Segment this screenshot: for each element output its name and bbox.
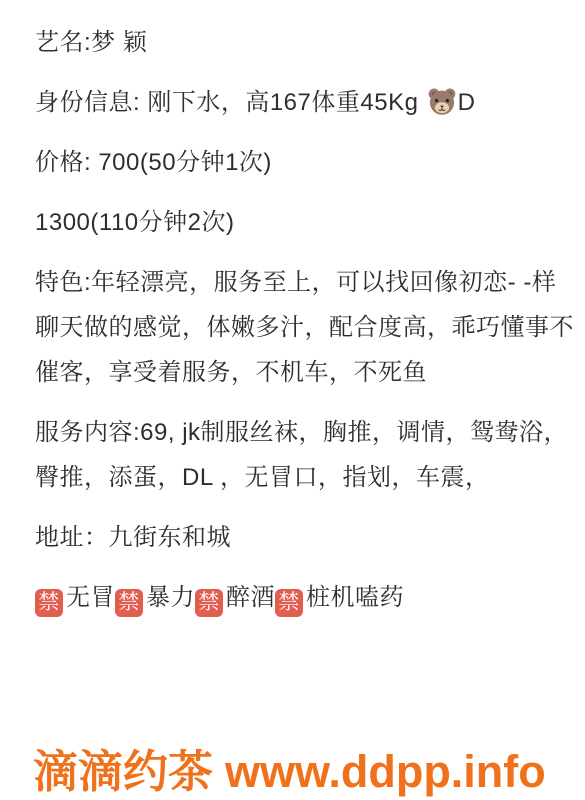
identity-line: 身份信息: 刚下水，高167体重45Kg D (35, 80, 565, 125)
services-line: 臀推，添蛋，DL ，无冒口，指划，车震， (35, 455, 565, 500)
restriction-text: 暴力 (146, 584, 195, 611)
prohibited-icon: 禁 (35, 589, 63, 617)
services-line: 服务内容:69, jk制服丝袜，胸推，调情，鸳鸯浴， (35, 410, 565, 455)
restriction-text: 桩机嗑药 (306, 584, 404, 611)
restriction-item: 禁醉酒 (195, 575, 275, 620)
restriction-item: 禁暴力 (115, 575, 195, 620)
prohibited-icon: 禁 (275, 589, 303, 617)
features-line: 催客，享受着服务，不机车，不死鱼 (35, 350, 565, 395)
prohibited-icon: 禁 (115, 589, 143, 617)
address-text: 地址：九街东和城 (35, 524, 231, 551)
prohibited-icon: 禁 (195, 589, 223, 617)
restrictions-line: 禁无冒禁暴力禁醉酒禁桩机嗑药 (35, 575, 565, 620)
address-line: 地址：九街东和城 (35, 515, 565, 560)
services-paragraph: 服务内容:69, jk制服丝袜，胸推，调情，鸳鸯浴， 臀推，添蛋，DL ，无冒口… (35, 410, 565, 500)
price-line-2: 1300(110分钟2次) (35, 200, 565, 245)
restriction-item: 禁无冒 (35, 575, 115, 620)
restriction-item: 禁桩机嗑药 (275, 575, 404, 620)
price-text-2: 1300(110分钟2次) (35, 209, 234, 236)
price-text-1: 价格: 700(50分钟1次) (35, 149, 272, 176)
restriction-text: 无冒 (66, 584, 115, 611)
features-line: 特色:年轻漂亮，服务至上，可以找回像初恋- -样 (35, 260, 565, 305)
ad-text-content: 艺名:梦 颖 身份信息: 刚下水，高167体重45Kg D 价格: 700(50… (35, 20, 565, 635)
bear-face-icon (427, 86, 457, 116)
stage-name-line: 艺名:梦 颖 (35, 20, 565, 65)
brand-text: 滴滴约茶 (33, 746, 213, 797)
identity-text: 身份信息: 刚下水，高167体重45Kg (35, 89, 426, 116)
price-line-1: 价格: 700(50分钟1次) (35, 140, 565, 185)
site-url-text: www.ddpp.info (225, 746, 546, 797)
features-line: 聊天做的感觉，体嫩多汁，配合度高，乖巧懂事不 (35, 305, 565, 350)
identity-suffix-text: D (458, 89, 476, 116)
restriction-text: 醉酒 (226, 584, 275, 611)
features-paragraph: 特色:年轻漂亮，服务至上，可以找回像初恋- -样 聊天做的感觉，体嫩多汁，配合度… (35, 260, 565, 395)
stage-name-text: 艺名:梦 颖 (35, 29, 147, 56)
watermark-footer: 滴滴约茶www.ddpp.info (33, 735, 546, 800)
